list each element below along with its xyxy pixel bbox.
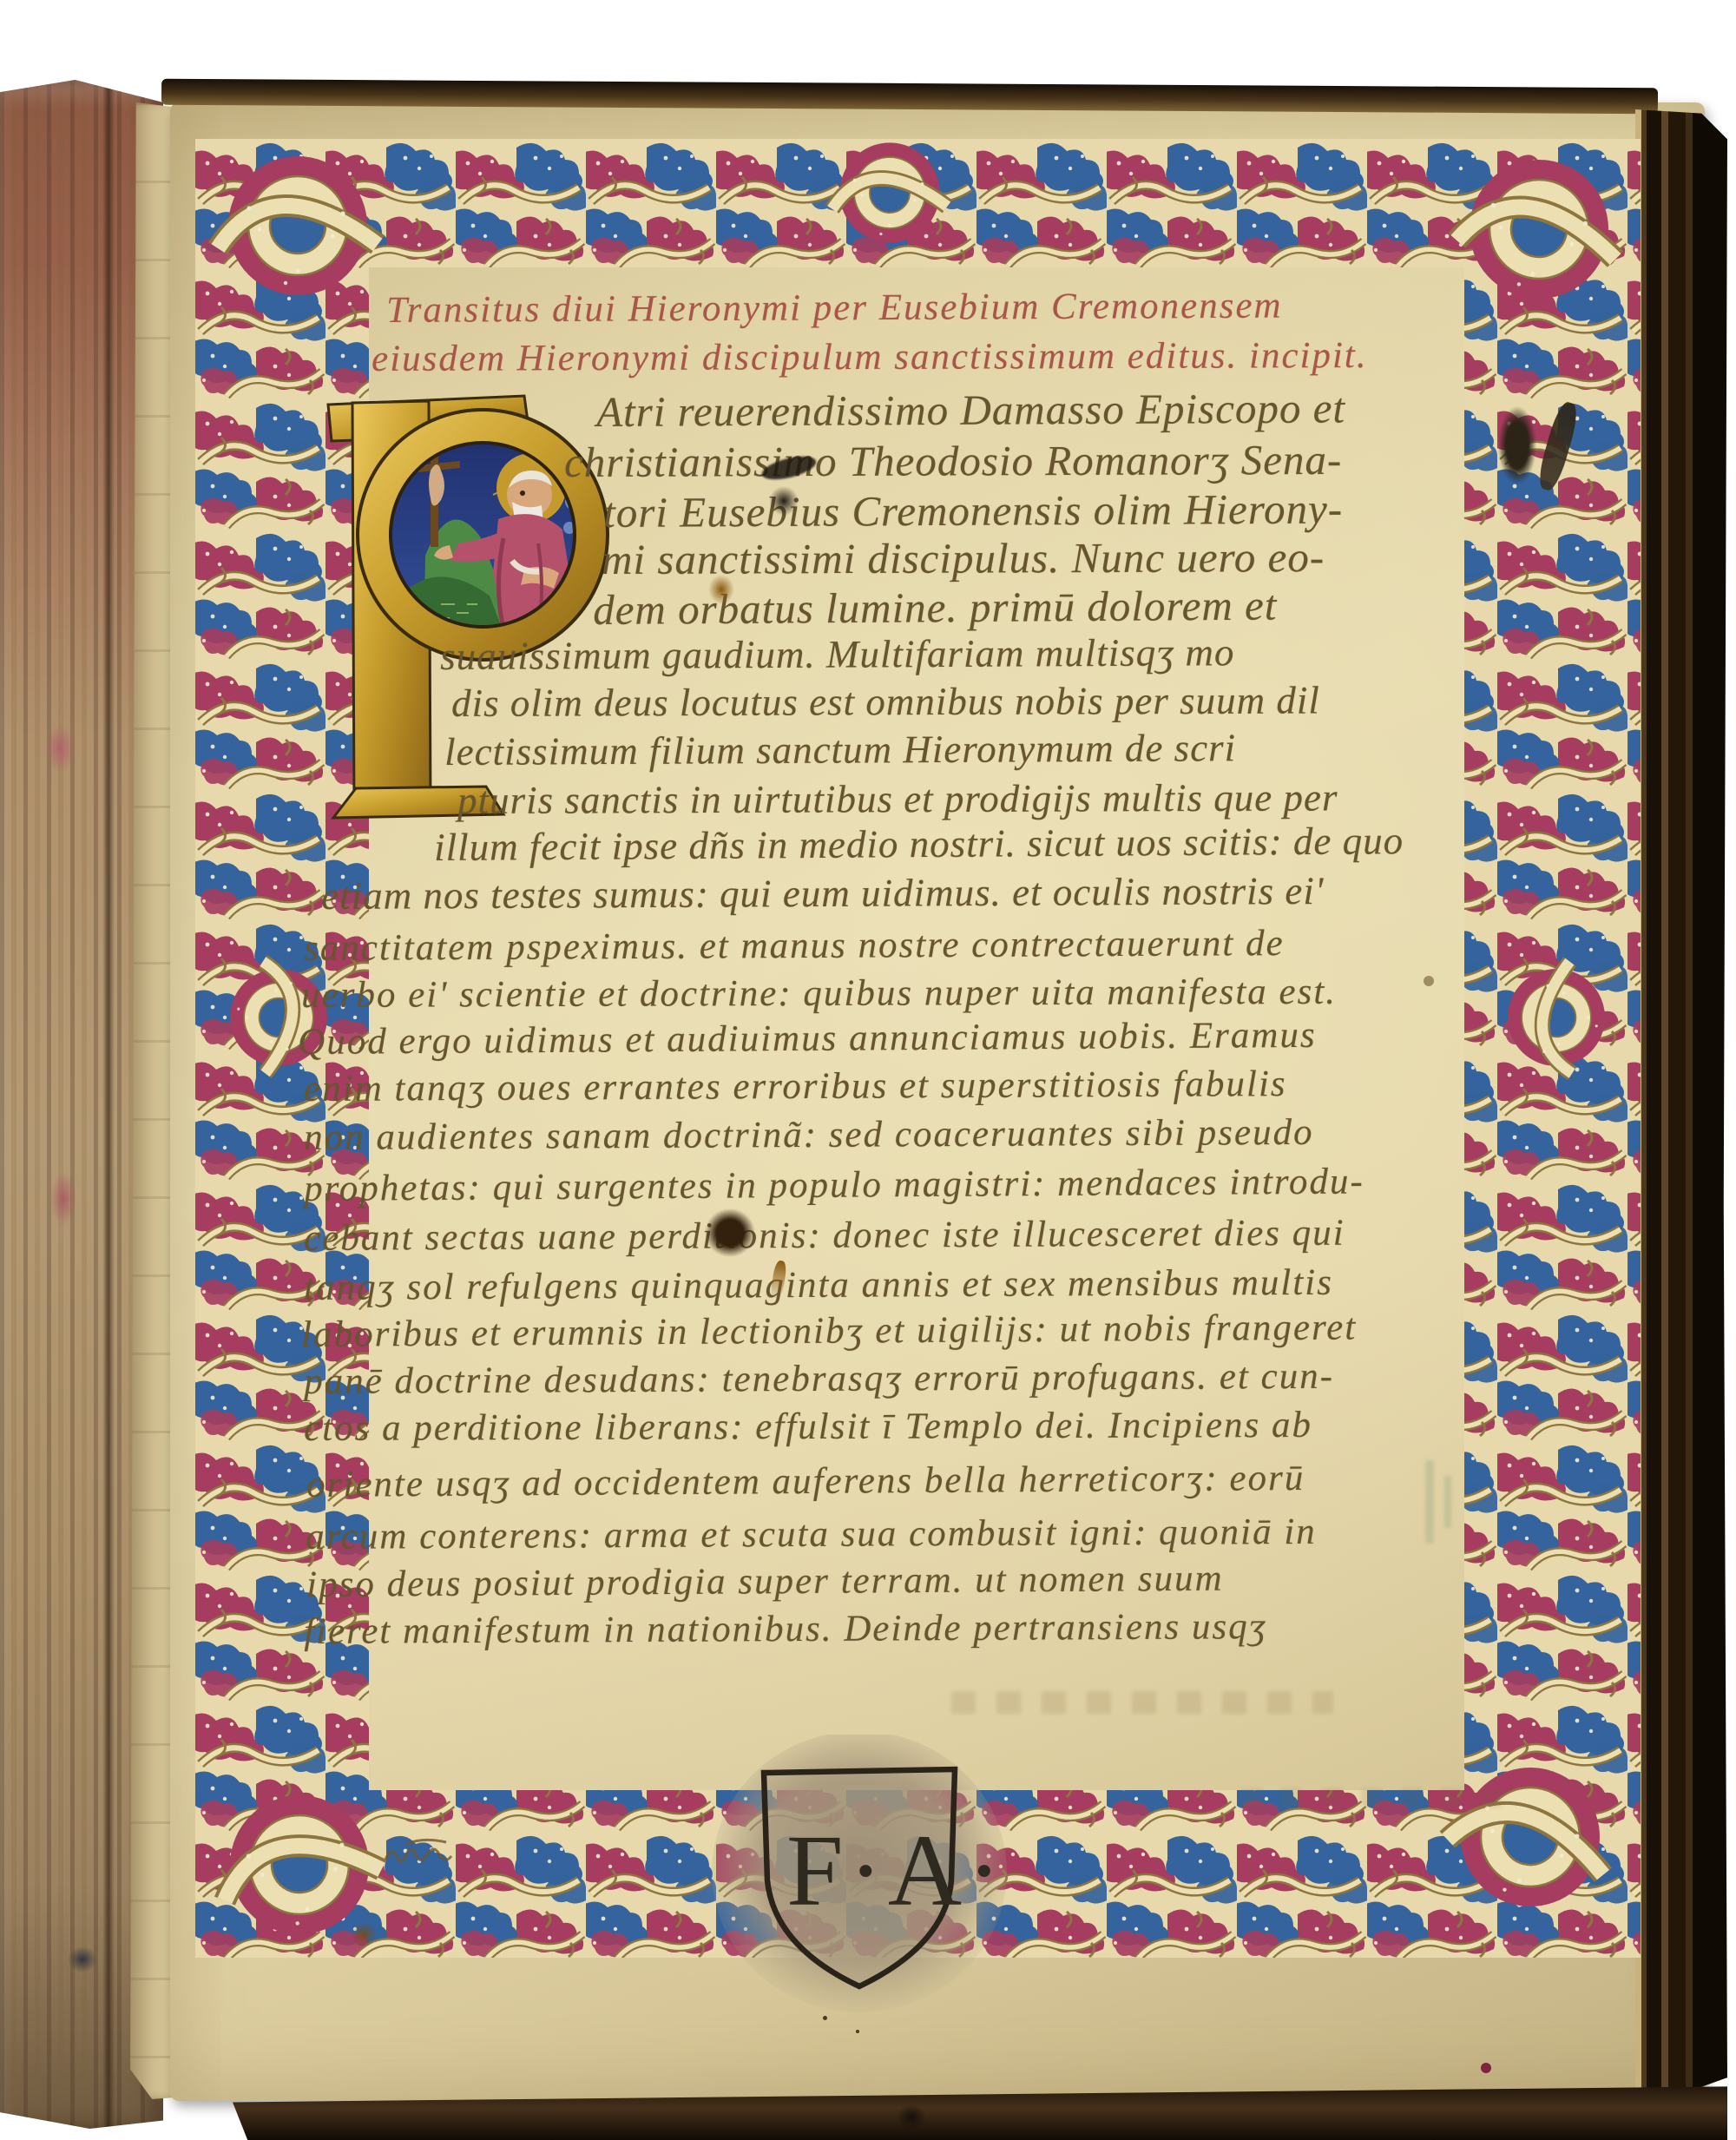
text-line: tori Eusebius Cremonensis olim Hierony- — [603, 484, 1343, 537]
text-line: fieret manifestum in nationibus. Deinde … — [304, 1605, 1267, 1653]
text-line: oriente usqʒ ad occidentem auferens bell… — [306, 1457, 1305, 1506]
brown-blot — [705, 1208, 755, 1257]
rubric-line-2: eiusdem Hieronymi discipulum sanctissimu… — [372, 334, 1368, 380]
text-line: arcum conterens: arma et scuta sua combu… — [306, 1511, 1317, 1558]
text-line: etiam nos testes sumus: qui eum uidimus.… — [321, 868, 1325, 919]
text-line: pturis sanctis in uirtutibus et prodigij… — [457, 774, 1338, 823]
text-line: uerbo ei' scientie et doctrine: quibus n… — [301, 971, 1337, 1017]
manuscript-photo: Transitus diui Hieronymi per Eusebium Cr… — [0, 0, 1736, 2140]
amber-spot — [708, 575, 734, 604]
pen-trial-scribble — [380, 1834, 476, 1875]
text-line: ipso deus posiut prodigia super terram. … — [306, 1557, 1224, 1606]
text-line: dem orbatus lumine. primū dolorem et — [593, 580, 1278, 635]
text-line: sanctitatem pspeximus. et manus nostre c… — [304, 922, 1285, 970]
ink-blot — [769, 486, 799, 516]
text-line: christianissimo Theodosio Romanorʒ Sena- — [564, 435, 1342, 487]
margin-ink-blot — [1498, 406, 1536, 484]
text-line: mi sanctissimi discipulus. Nunc uero eo- — [602, 532, 1325, 584]
ink-speck — [823, 2016, 827, 2020]
ghost-mark — [1444, 1476, 1451, 1528]
text-line: dis olim deus locutus est omnibus nobis … — [451, 678, 1320, 726]
text-line: tanqʒ sol refulgens quinquaginta annis e… — [304, 1261, 1333, 1309]
ink-speck — [856, 2030, 859, 2033]
brown-spot — [351, 1922, 377, 1946]
text-line: laboribus et erumnis in lectionibʒ et ui… — [301, 1307, 1357, 1356]
text-line: panē doctrine desudans: tenebrasqʒ error… — [304, 1355, 1334, 1403]
ownership-shield: F·A· — [710, 1735, 1009, 2021]
text-line: cebant sectas uane perditionis: donec is… — [304, 1212, 1345, 1260]
binding-seam — [102, 80, 115, 2129]
shield-monogram: F·A· — [786, 1814, 1006, 1927]
page-fore-edges — [1635, 109, 1727, 2097]
binding-rose-stain — [50, 1172, 76, 1226]
ghost-mark — [1425, 1460, 1434, 1544]
text-line: enim tanqʒ oues errantes erroribus et su… — [304, 1063, 1287, 1110]
crimson-dot — [1481, 2063, 1491, 2073]
ghost-text-offset — [1241, 1788, 1502, 1807]
text-line: Quod ergo uidimus et audiuimus annunciam… — [298, 1014, 1317, 1063]
binding-dark-stain — [68, 1946, 97, 1972]
small-spot — [1424, 976, 1434, 986]
text-line: prophetas: qui surgentes in populo magis… — [304, 1160, 1364, 1210]
text-line: Atri reuerendissimo Damasso Episcopo et — [596, 383, 1345, 437]
text-line: illum fecit ipse dñs in medio nostri. si… — [434, 818, 1404, 870]
text-line: non audientes sanam doctrinã: sed coacer… — [304, 1111, 1314, 1159]
rubric-line-1: Transitus diui Hieronymi per Eusebium Cr… — [386, 285, 1283, 332]
binding-rose-stain — [45, 724, 75, 773]
ghost-text-offset — [951, 1691, 1333, 1714]
text-line: suauissimum gaudium. Multifariam multisq… — [440, 629, 1235, 679]
text-line: lectissimum filium sanctum Hieronymum de… — [444, 725, 1236, 774]
dark-blob — [897, 2104, 926, 2130]
text-line: ctos a perditione liberans: effulsit ī T… — [304, 1404, 1312, 1450]
